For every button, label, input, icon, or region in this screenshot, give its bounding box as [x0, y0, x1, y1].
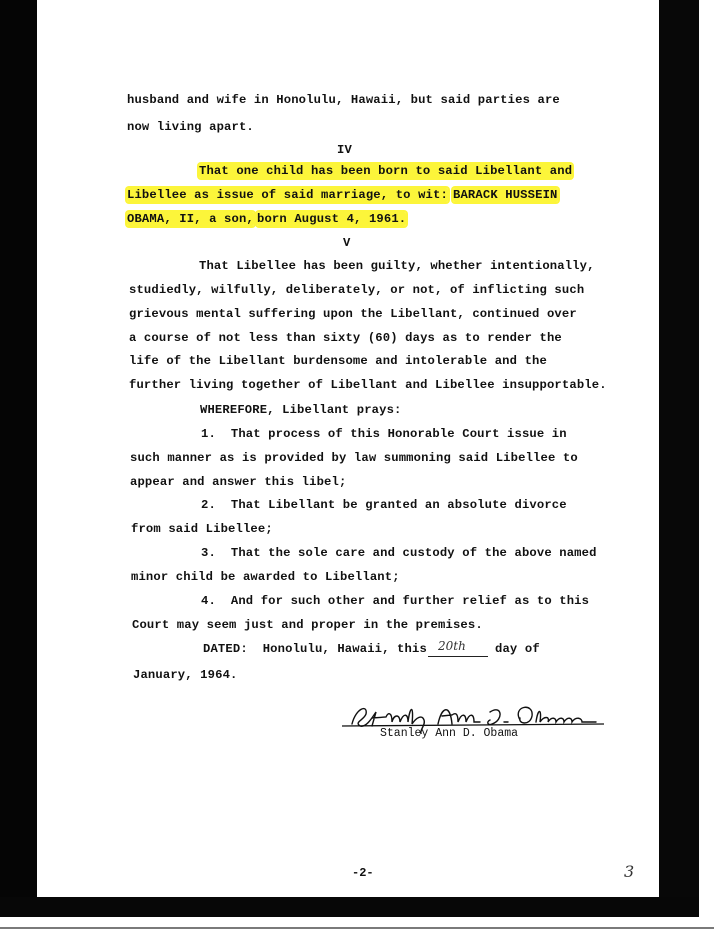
text-line: husband and wife in Honolulu, Hawaii, bu…: [127, 93, 560, 107]
text-line: studiedly, wilfully, deliberately, or no…: [129, 283, 584, 297]
prayer-item-2: 2. That Libellant be granted an absolute…: [201, 498, 567, 512]
section-heading-v: V: [343, 236, 350, 250]
text-line: day of: [495, 642, 540, 656]
scan-edge-line: [0, 927, 714, 929]
text-line: further living together of Libellant and…: [129, 378, 607, 392]
text-line: now living apart.: [127, 120, 254, 134]
highlighted-name: OBAMA, II, a son,: [127, 212, 254, 226]
highlighted-text: That one child has been born to said Lib…: [199, 164, 572, 178]
handwritten-page-mark: 3: [624, 862, 634, 881]
handwritten-day: 20th: [438, 639, 466, 653]
prayer-item-4: 4. And for such other and further relief…: [201, 594, 589, 608]
date-blank-underline: [428, 656, 488, 657]
typed-signature-name: Stanley Ann D. Obama: [380, 727, 518, 740]
text-line: appear and answer this libel;: [130, 475, 346, 489]
scan-border-left: [0, 0, 37, 917]
text-line: a course of not less than sixty (60) day…: [129, 331, 562, 345]
highlighted-name: BARACK HUSSEIN: [453, 188, 558, 202]
text-line: January, 1964.: [133, 668, 238, 682]
page-number: -2-: [352, 866, 374, 880]
text-line: minor child be awarded to Libellant;: [131, 570, 400, 584]
scan-border-right: [659, 0, 699, 917]
text-line: life of the Libellant burdensome and int…: [129, 354, 547, 368]
text-line: Court may seem just and proper in the pr…: [132, 618, 483, 632]
document-page: [37, 0, 659, 897]
wherefore-line: WHEREFORE, Libellant prays:: [200, 403, 402, 417]
dated-line: DATED: Honolulu, Hawaii, this: [203, 642, 427, 656]
section-heading-iv: IV: [337, 143, 352, 157]
highlighted-birthdate: born August 4, 1961.: [257, 212, 406, 226]
prayer-item-3: 3. That the sole care and custody of the…: [201, 546, 597, 560]
scan-border-bottom: [0, 897, 699, 917]
text-line: from said Libellee;: [131, 522, 273, 536]
prayer-item-1: 1. That process of this Honorable Court …: [201, 427, 567, 441]
text-line: such manner as is provided by law summon…: [130, 451, 578, 465]
text-line: That Libellee has been guilty, whether i…: [199, 259, 595, 273]
text-line: grievous mental suffering upon the Libel…: [129, 307, 577, 321]
highlighted-text: Libellee as issue of said marriage, to w…: [127, 188, 448, 202]
